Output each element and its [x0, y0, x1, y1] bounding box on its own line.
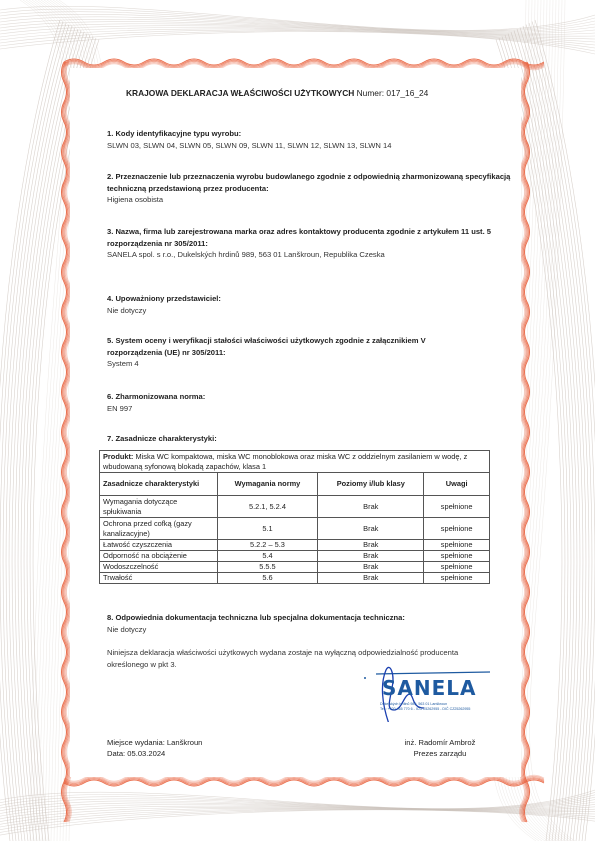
- title-bold: KRAJOWA DEKLARACJA WŁAŚCIWOŚCI UŻYTKOWYC…: [126, 88, 354, 98]
- table-row: Łatwość czyszczenia 5.2.2 – 5.3 Brak spe…: [100, 540, 490, 551]
- signatory: inż. Radomír Ambrož Prezes zarządu: [380, 737, 500, 760]
- section-value: Nie dotyczy: [107, 305, 507, 317]
- level-cell: Brak: [318, 540, 424, 551]
- table-row: Wodoszczelność 5.5.5 Brak spełnione: [100, 562, 490, 573]
- document-title: KRAJOWA DEKLARACJA WŁAŚCIWOŚCI UŻYTKOWYC…: [126, 88, 526, 98]
- characteristic-cell: Odporność na obciążenie: [100, 551, 218, 562]
- table-row: Odporność na obciążenie 5.4 Brak spełnio…: [100, 551, 490, 562]
- section-8: 8. Odpowiednia dokumentacja techniczna l…: [107, 612, 517, 635]
- table-row: Trwałość 5.6 Brak spełnione: [100, 573, 490, 584]
- section-heading: 6. Zharmonizowana norma:: [107, 391, 507, 403]
- level-cell: Brak: [318, 496, 424, 518]
- section-heading: 4. Upoważniony przedstawiciel:: [107, 293, 507, 305]
- section-heading: 2. Przeznaczenie lub przeznaczenia wyrob…: [107, 171, 522, 194]
- section-5: 5. System oceny i weryfikacji stałości w…: [107, 335, 477, 370]
- remark-cell: spełnione: [424, 573, 490, 584]
- column-header: Poziomy i/lub klasy: [318, 473, 424, 496]
- signatory-name: inż. Radomír Ambrož: [380, 737, 500, 748]
- section-7: 7. Zasadnicze charakterystyki:: [107, 433, 507, 445]
- section-value: Nie dotyczy: [107, 624, 517, 636]
- table-header-row: Zasadnicze charakterystyki Wymagania nor…: [100, 473, 490, 496]
- table-row: Wymagania dotyczące spłukiwania 5.2.1, 5…: [100, 496, 490, 518]
- column-header: Zasadnicze charakterystyki: [100, 473, 218, 496]
- section-value: SANELA spol. s r.o., Dukelských hrdinů 9…: [107, 249, 522, 261]
- issue-info: Miejsce wydania: Lanškroun Data: 05.03.2…: [107, 737, 202, 760]
- requirement-cell: 5.5.5: [217, 562, 318, 573]
- level-cell: Brak: [318, 551, 424, 562]
- section-6: 6. Zharmonizowana norma: EN 997: [107, 391, 507, 414]
- section-1: 1. Kody identyfikacyjne typu wyrobu: SLW…: [107, 128, 507, 151]
- requirement-cell: 5.6: [217, 573, 318, 584]
- product-label: Produkt:: [103, 452, 133, 461]
- document-number: Numer: 017_16_24: [354, 88, 428, 98]
- section-value: EN 997: [107, 403, 507, 415]
- requirement-cell: 5.2.1, 5.2.4: [217, 496, 318, 518]
- characteristic-cell: Trwałość: [100, 573, 218, 584]
- remark-cell: spełnione: [424, 496, 490, 518]
- issue-place: Miejsce wydania: Lanškroun: [107, 737, 202, 748]
- section-2: 2. Przeznaczenie lub przeznaczenia wyrob…: [107, 171, 522, 206]
- section-4: 4. Upoważniony przedstawiciel: Nie dotyc…: [107, 293, 507, 316]
- signatory-role: Prezes zarządu: [380, 748, 500, 759]
- stamp-address: Dukelských hrdinů 989, 563 01 Lanškroun …: [380, 702, 470, 712]
- section-value: Higiena osobista: [107, 194, 522, 206]
- stamp-address-line: Tel.: +420 465 770 6 - IČO 25262955 - DI…: [380, 707, 470, 712]
- section-value: SLWN 03, SLWN 04, SLWN 05, SLWN 09, SLWN…: [107, 140, 507, 152]
- remark-cell: spełnione: [424, 562, 490, 573]
- section-heading: 7. Zasadnicze charakterystyki:: [107, 433, 507, 445]
- section-heading: 1. Kody identyfikacyjne typu wyrobu:: [107, 128, 507, 140]
- section-3: 3. Nazwa, firma lub zarejestrowana marka…: [107, 226, 522, 261]
- remark-cell: spełnione: [424, 518, 490, 540]
- characteristic-cell: Łatwość czyszczenia: [100, 540, 218, 551]
- requirement-cell: 5.4: [217, 551, 318, 562]
- characteristics-table: Produkt: Miska WC kompaktowa, miska WC m…: [99, 450, 490, 584]
- section-heading: 3. Nazwa, firma lub zarejestrowana marka…: [107, 226, 522, 249]
- level-cell: Brak: [318, 562, 424, 573]
- section-heading: 5. System oceny i weryfikacji stałości w…: [107, 335, 477, 358]
- requirement-cell: 5.2.2 – 5.3: [217, 540, 318, 551]
- table-row: Ochrona przed cofką (gazy kanalizacyjne)…: [100, 518, 490, 540]
- requirement-cell: 5.1: [217, 518, 318, 540]
- remark-cell: spełnione: [424, 551, 490, 562]
- column-header: Wymagania normy: [217, 473, 318, 496]
- remark-cell: spełnione: [424, 540, 490, 551]
- sanela-logo: SANELA: [382, 676, 477, 700]
- characteristic-cell: Wodoszczelność: [100, 562, 218, 573]
- characteristic-cell: Wymagania dotyczące spłukiwania: [100, 496, 218, 518]
- product-text: Miska WC kompaktowa, miska WC monoblokow…: [103, 452, 467, 471]
- level-cell: Brak: [318, 573, 424, 584]
- section-heading: 8. Odpowiednia dokumentacja techniczna l…: [107, 612, 517, 624]
- product-description: Produkt: Miska WC kompaktowa, miska WC m…: [100, 451, 490, 473]
- issue-date: Data: 05.03.2024: [107, 748, 202, 759]
- declaration-page: KRAJOWA DEKLARACJA WŁAŚCIWOŚCI UŻYTKOWYC…: [0, 0, 595, 841]
- level-cell: Brak: [318, 518, 424, 540]
- characteristic-cell: Ochrona przed cofką (gazy kanalizacyjne): [100, 518, 218, 540]
- column-header: Uwagi: [424, 473, 490, 496]
- section-value: System 4: [107, 358, 477, 370]
- company-stamp-signature: SANELA Dukelských hrdinů 989, 563 01 Lan…: [362, 664, 502, 722]
